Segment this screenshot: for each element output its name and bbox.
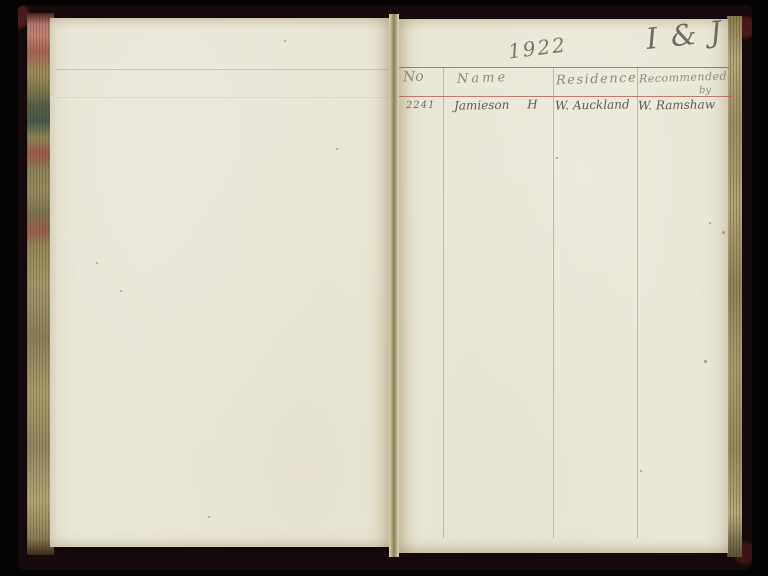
column-divider-2: [553, 67, 554, 538]
paper-speck: [284, 40, 286, 42]
paper-speck: [208, 516, 210, 518]
paper-speck: [722, 231, 725, 234]
fore-edge-right: [727, 16, 742, 557]
paper-speck: [120, 290, 122, 292]
column-divider-1: [443, 67, 444, 538]
paper-speck: [704, 360, 707, 363]
header-rule-bottom: [399, 96, 733, 97]
header-rule-top: [399, 67, 729, 68]
column-divider-3: [637, 67, 638, 538]
entry-recommended-by: W. Ramshaw: [638, 97, 715, 112]
column-header-residence: Residence: [556, 71, 638, 89]
paper-speck: [640, 470, 642, 472]
paper-speck: [556, 157, 558, 159]
column-header-name: Name: [457, 70, 509, 87]
paper-speck: [336, 148, 338, 150]
page-gutter: [389, 14, 399, 557]
entry-name: Jamieson H: [454, 97, 538, 112]
left-page-header-rule-2: [56, 97, 389, 98]
entry-no: 2241: [406, 100, 436, 112]
ledger-photo: 1922 I & J No Name Residence Recommended…: [0, 0, 768, 576]
column-header-no: No: [403, 69, 424, 86]
column-header-recommended-by: by: [699, 85, 711, 96]
paper-speck: [96, 262, 98, 264]
paper-speck: [709, 222, 711, 224]
left-page-header-rule: [56, 69, 389, 70]
entry-residence: W. Auckland: [555, 97, 630, 112]
